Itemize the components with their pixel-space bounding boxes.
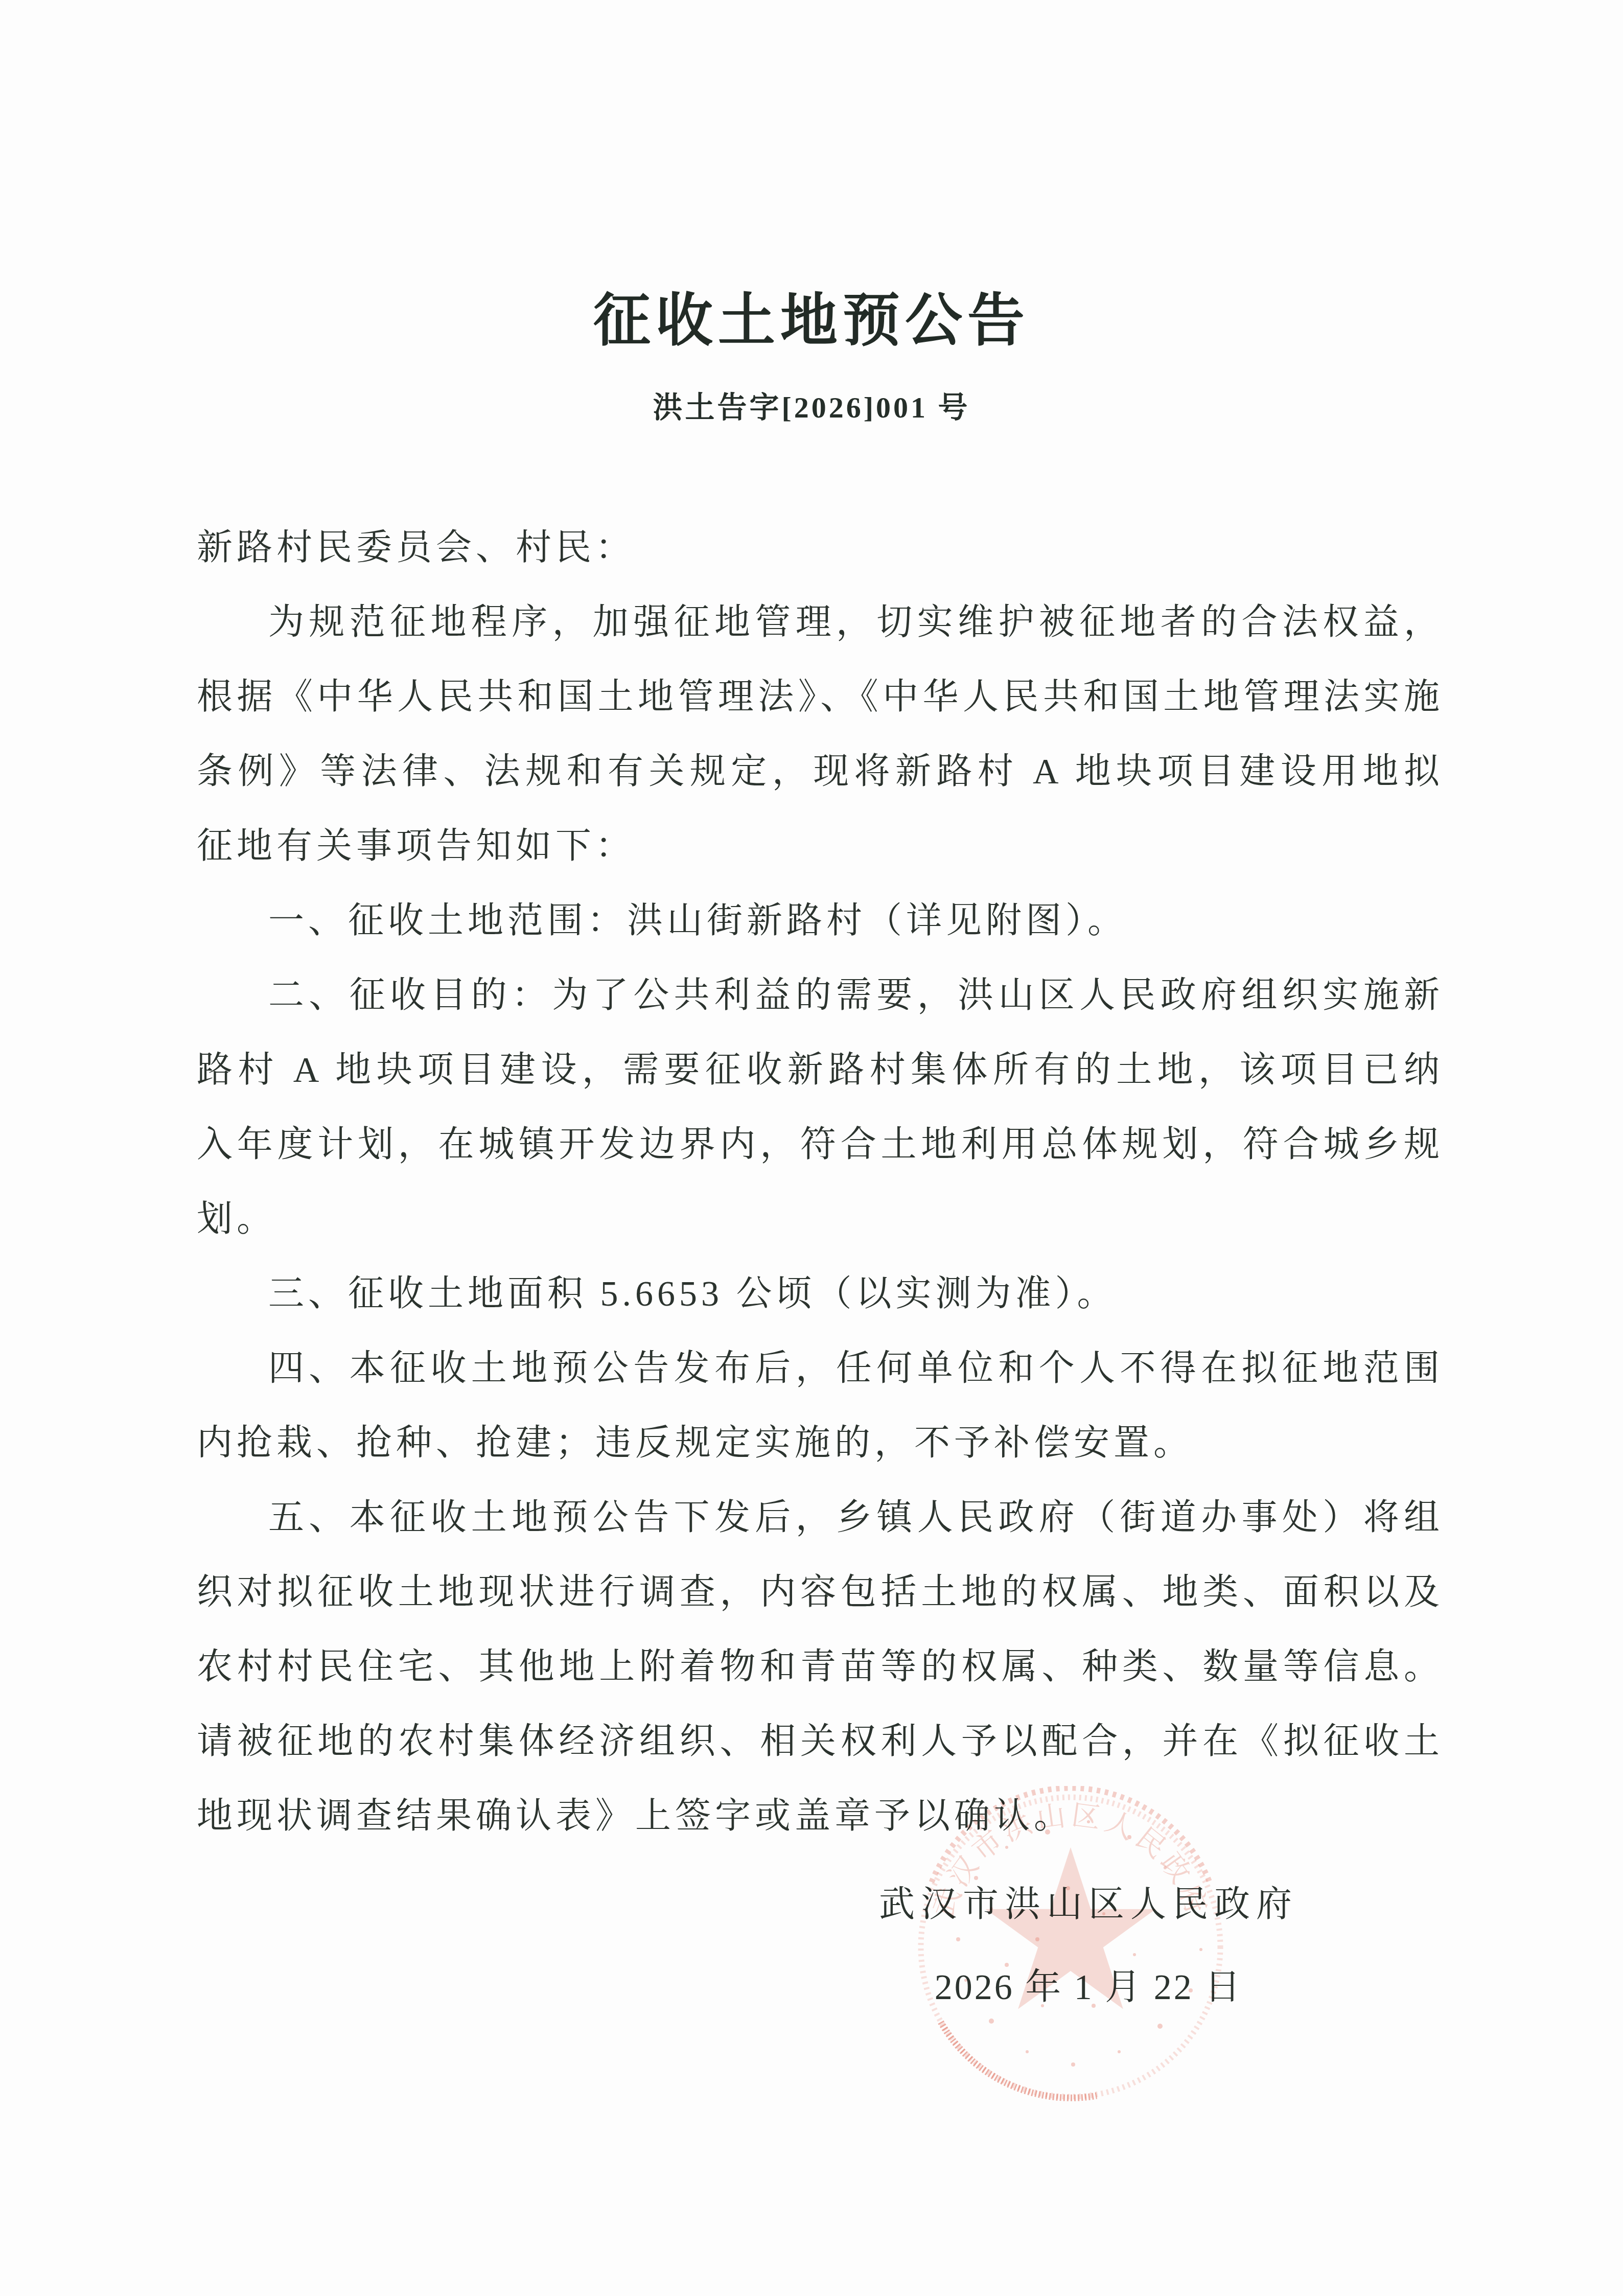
- item-1-scope: 一、征收土地范围：洪山街新路村（详见附图）。: [197, 884, 1444, 959]
- signature-agency: 武汉市洪山区人民政府: [864, 1868, 1313, 1942]
- document-body: 新路村民委员会、村民： 为规范征地程序，加强征地管理，切实维护被征地者的合法权益…: [197, 511, 1444, 1854]
- signature-block: 武汉市洪山区人民政府 2026 年 1 月 22 日: [864, 1868, 1313, 2025]
- item-2-purpose: 二、征收目的：为了公共利益的需要，洪山区人民政府组织实施新路村 A 地块项目建设…: [197, 959, 1444, 1257]
- signature-date: 2026 年 1 月 22 日: [864, 1951, 1313, 2025]
- item-4-prohibition: 四、本征收土地预公告发布后，任何单位和个人不得在拟征地范围内抢栽、抢种、抢建；违…: [197, 1332, 1444, 1481]
- document-number: 洪土告字[2026]001 号: [0, 383, 1623, 426]
- salutation: 新路村民委员会、村民：: [197, 511, 1444, 586]
- item-5-survey: 五、本征收土地预公告下发后，乡镇人民政府（街道办事处）将组织对拟征收土地现状进行…: [197, 1481, 1444, 1854]
- document-page: 征收土地预公告 洪土告字[2026]001 号 新路村民委员会、村民： 为规范征…: [0, 0, 1623, 2296]
- seal-ring-bottom-arc: [941, 2022, 1097, 2098]
- document-title: 征收土地预公告: [0, 275, 1623, 357]
- intro-paragraph: 为规范征地程序，加强征地管理，切实维护被征地者的合法权益，根据《中华人民共和国土…: [197, 586, 1444, 884]
- item-3-area: 三、征收土地面积 5.6653 公顷（以实测为准）。: [197, 1257, 1444, 1332]
